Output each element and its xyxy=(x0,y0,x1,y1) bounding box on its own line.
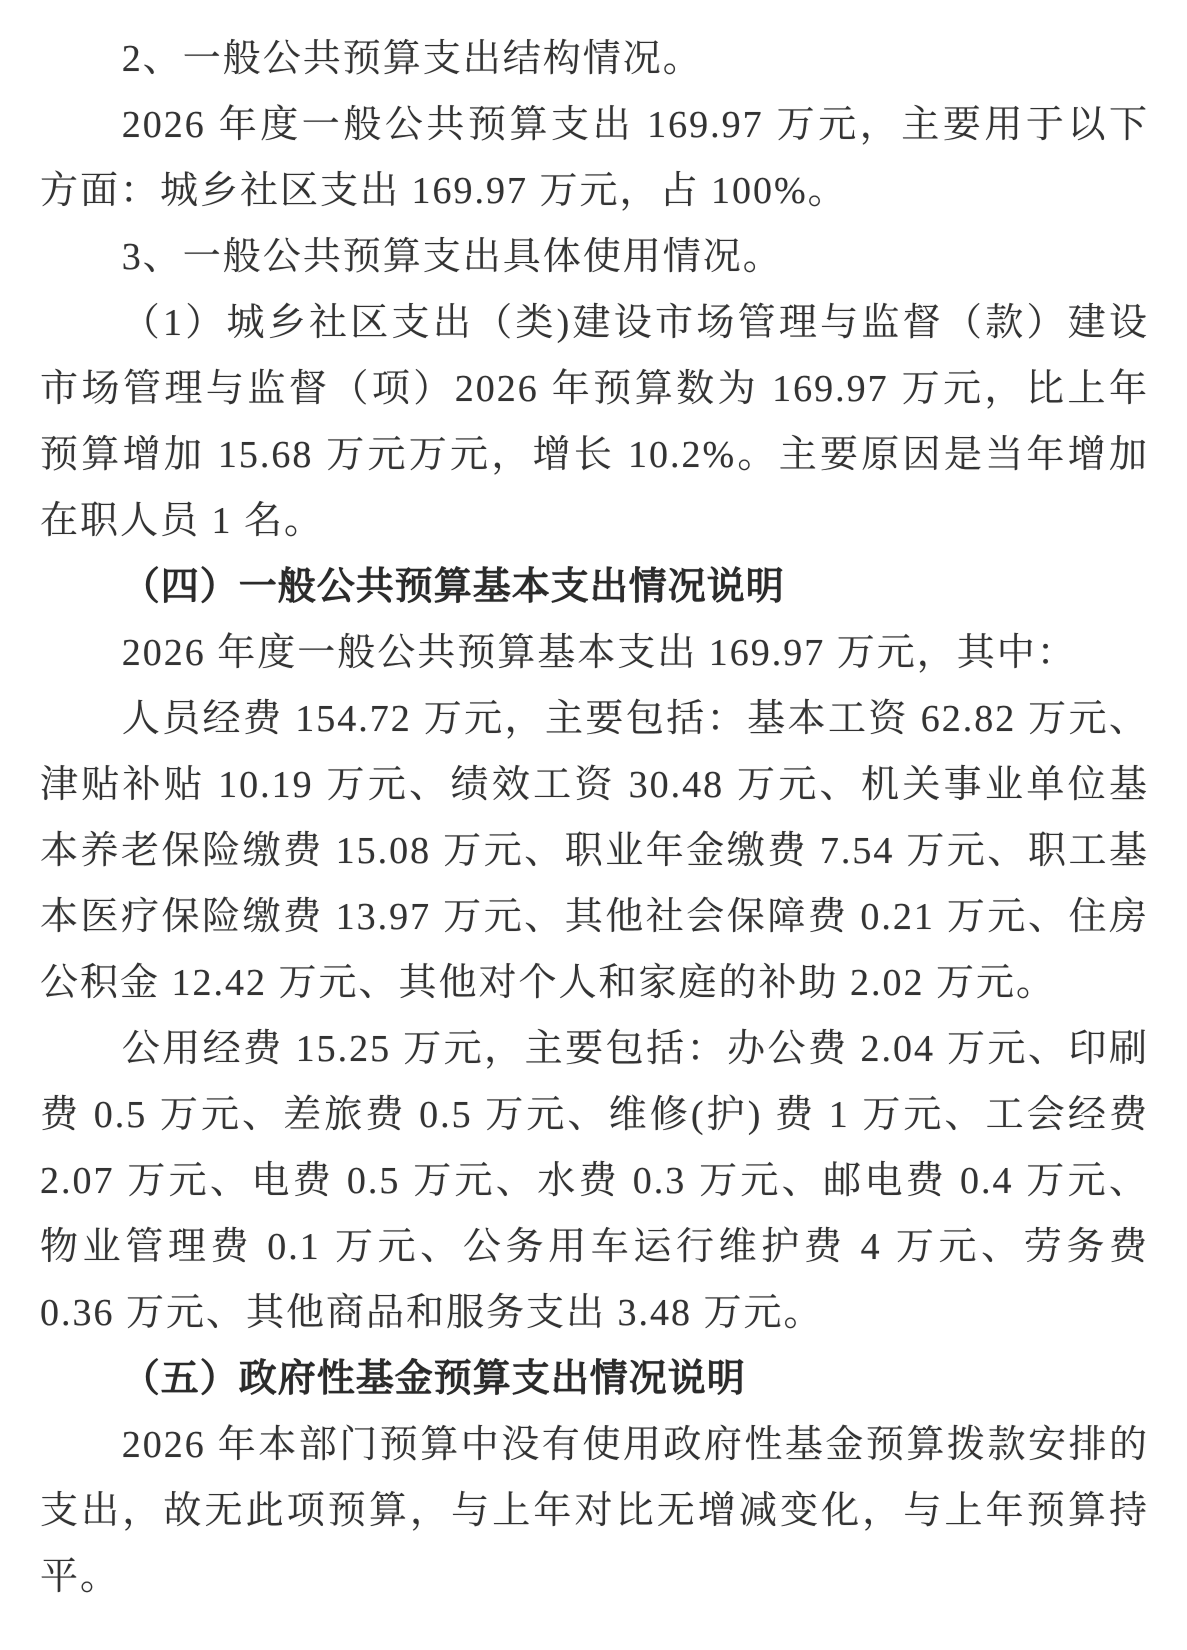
paragraph-personnel-expenses: 人员经费 154.72 万元，主要包括：基本工资 62.82 万元、津贴补贴 1… xyxy=(40,686,1149,1016)
paragraph-expenditure-structure-detail: 2026 年度一般公共预算支出 169.97 万元，主要用于以下方面：城乡社区支… xyxy=(40,92,1149,224)
section-heading-basic-expenditure: （四）一般公共预算基本支出情况说明 xyxy=(40,554,1149,620)
paragraph-expenditure-structure-heading: 2、一般公共预算支出结构情况。 xyxy=(40,26,1149,92)
paragraph-basic-expenditure-total: 2026 年度一般公共预算基本支出 169.97 万元，其中： xyxy=(40,620,1149,686)
paragraph-specific-usage-heading: 3、一般公共预算支出具体使用情况。 xyxy=(40,224,1149,290)
section-heading-government-fund-budget: （五）政府性基金预算支出情况说明 xyxy=(40,1346,1149,1412)
document-body: 2、一般公共预算支出结构情况。 2026 年度一般公共预算支出 169.97 万… xyxy=(40,26,1149,1610)
document-page: 2、一般公共预算支出结构情况。 2026 年度一般公共预算支出 169.97 万… xyxy=(0,0,1187,1650)
paragraph-public-expenses: 公用经费 15.25 万元，主要包括：办公费 2.04 万元、印刷费 0.5 万… xyxy=(40,1016,1149,1346)
paragraph-urban-rural-community-detail: （1）城乡社区支出（类)建设市场管理与监督（款）建设市场管理与监督（项）2026… xyxy=(40,290,1149,554)
paragraph-government-fund-statement: 2026 年本部门预算中没有使用政府性基金预算拨款安排的支出，故无此项预算，与上… xyxy=(40,1412,1149,1610)
